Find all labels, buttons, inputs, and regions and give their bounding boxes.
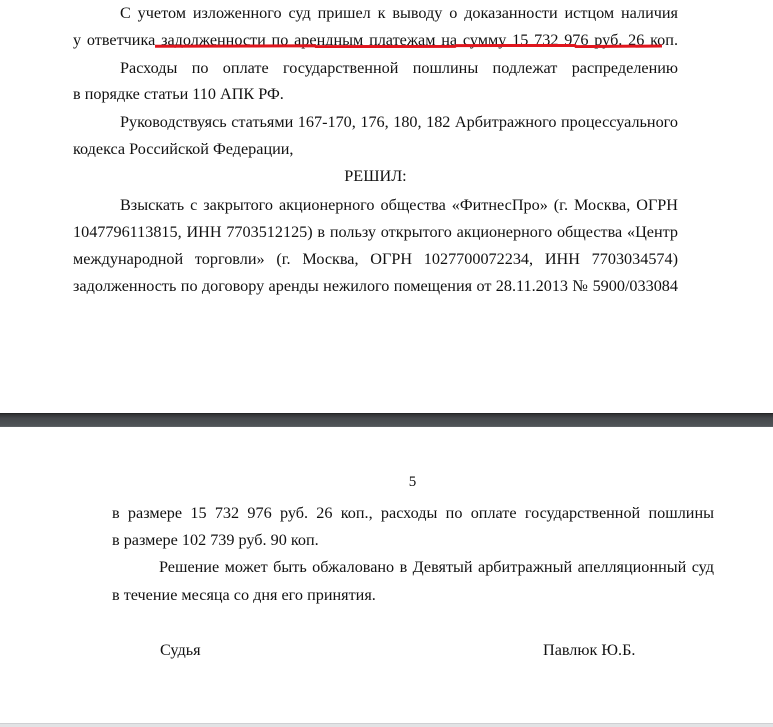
paragraph-articles-line-2: кодекса Российской Федерации, xyxy=(73,139,678,159)
paragraph-conclusion-line-1: С учетом изложенного суд пришел к выводу… xyxy=(120,3,678,23)
paragraph-costs-line-1: Расходы по оплате государственной пошлин… xyxy=(120,58,678,78)
signature-name: Павлюк Ю.Б. xyxy=(543,640,635,660)
paragraph-conclusion-line-2: у ответчика задолженности по арендным пл… xyxy=(73,30,678,50)
document-page-5: 5 в размере 15 732 976 руб. 26 коп., рас… xyxy=(0,427,773,723)
page-separator xyxy=(0,413,773,427)
document-page-4: С учетом изложенного суд пришел к выводу… xyxy=(0,0,773,413)
signature-title: Судья xyxy=(160,640,201,660)
viewer-bottom-edge xyxy=(0,723,773,727)
ruling-line-4: задолженность по договору аренды нежилог… xyxy=(73,276,678,296)
paragraph-costs-line-2: в порядке статьи 110 АПК РФ. xyxy=(73,84,678,104)
ruling-line-1: Взыскать с закрытого акционерного общест… xyxy=(120,195,678,215)
ruling-line-2: 1047796113815, ИНН 7703512125) в пользу … xyxy=(73,222,678,242)
paragraph-appeal-line-2: в течение месяца со дня его принятия. xyxy=(112,585,714,605)
page-number: 5 xyxy=(0,472,773,492)
paragraph-articles-line-1: Руководствуясь статьями 167-170, 176, 18… xyxy=(120,112,678,132)
paragraph-amount-line-1: в размере 15 732 976 руб. 26 коп., расхо… xyxy=(112,503,714,523)
ruling-line-3: международной торговли» (г. Москва, ОГРН… xyxy=(73,249,678,269)
paragraph-amount-line-2: в размере 102 739 руб. 90 коп. xyxy=(112,530,714,550)
paragraph-appeal-line-1: Решение может быть обжаловано в Девятый … xyxy=(159,557,714,577)
ruling-heading: РЕШИЛ: xyxy=(73,166,678,186)
